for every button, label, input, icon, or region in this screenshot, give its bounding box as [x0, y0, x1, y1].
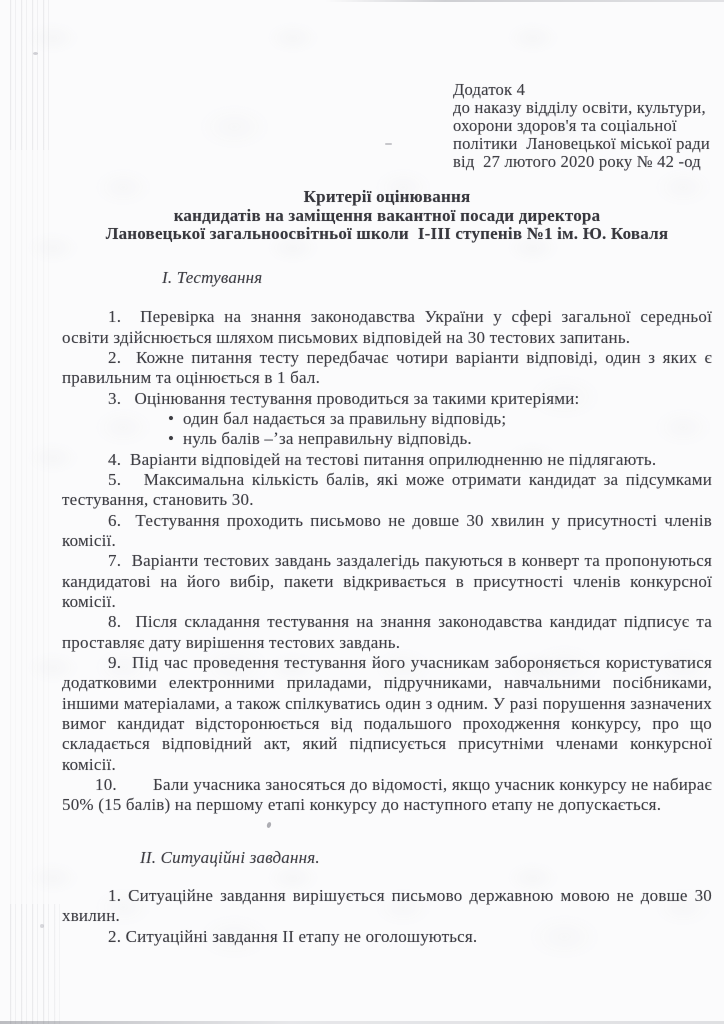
title-line: Критерії оцінювання — [62, 188, 712, 207]
annex-line: до наказу відділу освіти, культури, — [453, 99, 723, 117]
bullet-item: • один бал надається за правильну відпов… — [62, 409, 712, 429]
list-item: 8. Після складання тестування на знання … — [62, 612, 712, 653]
list-item: 1. Перевірка на знання законодавства Укр… — [62, 307, 712, 348]
list-item: 10. Бали учасника заносяться до відомост… — [62, 775, 712, 816]
bullet-item: • нуль балів –ʼза неправильну відповідь. — [62, 429, 712, 449]
annex-line: Додаток 4 — [453, 81, 723, 99]
list-item: 5. Максимальна кількість балів, які може… — [62, 470, 712, 511]
list-item: 1. Ситуаційне завдання вирішується письм… — [62, 886, 712, 927]
scan-streaks-left-top — [10, 0, 54, 150]
scan-speck — [385, 143, 392, 145]
annex-line: політики Лановецької міської ради — [453, 135, 723, 153]
scan-speck — [266, 821, 272, 828]
list-item: 2. Кожне питання тесту передбачає чотири… — [62, 348, 712, 389]
scan-streaks-left-bottom — [10, 904, 60, 1024]
title-line: Лановецької загальноосвітньої школи І-ІІ… — [62, 225, 712, 244]
section-situational: ІІ. Ситуаційні завдання. 1. Ситуаційне з… — [62, 848, 712, 947]
title-line: кандидатів на заміщення вакантної посади… — [62, 207, 712, 226]
scan-speck — [33, 52, 38, 55]
list-item: 2. Ситуаційні завдання ІІ етапу не оголо… — [62, 927, 712, 947]
scan-edge-top — [325, 0, 724, 2]
list-item: 6. Тестування проходить письмово не довш… — [62, 511, 712, 552]
scanned-document-page: Додаток 4 до наказу відділу освіти, куль… — [0, 0, 724, 1024]
annex-line: охорони здоров'я та соціальної — [453, 117, 723, 135]
list-item: 4. Варіанти відповідей на тестові питанн… — [62, 450, 712, 470]
annex-reference-block: Додаток 4 до наказу відділу освіти, куль… — [453, 81, 723, 171]
section-testing: І. Тестування 1. Перевірка на знання зак… — [62, 268, 712, 816]
section-heading-testing: І. Тестування — [62, 268, 712, 288]
list-item: 3. Оцінювання тестування проводиться за … — [62, 389, 712, 409]
document-title: Критерії оцінювання кандидатів на заміще… — [62, 188, 712, 244]
list-item: 9. Під час проведення тестування його уч… — [62, 653, 712, 775]
list-item: 7. Варіанти тестових завдань заздалегідь… — [62, 551, 712, 612]
scan-speck — [40, 924, 44, 928]
scan-streaks-left — [10, 0, 54, 1024]
annex-line: від 27 лютого 2020 року № 42 -од — [453, 153, 723, 171]
section-heading-situational: ІІ. Ситуаційні завдання. — [62, 848, 712, 868]
